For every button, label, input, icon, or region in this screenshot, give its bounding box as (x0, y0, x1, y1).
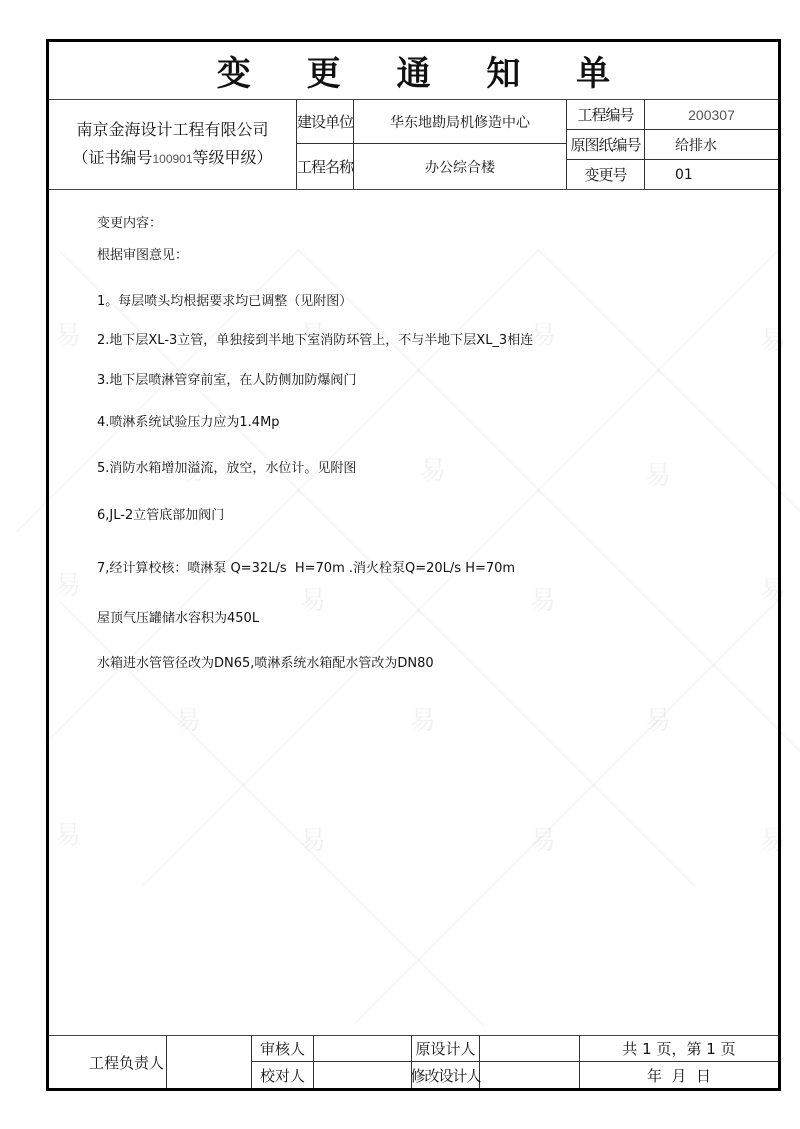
client-label: 建设单位 (297, 100, 353, 143)
change-item: 1。每层喷头均根据要求均已调整（见附图） (97, 290, 352, 309)
company-name: 南京金海设计工程有限公司 (76, 116, 268, 144)
cert-number: 100901 (152, 152, 192, 166)
change-item: 屋顶气压罐储水容积为450L (97, 607, 259, 626)
project-leader-label: 工程负责人 (49, 1036, 166, 1088)
project-no-label: 工程编号 (567, 100, 644, 129)
change-item: 7,经计算校核：喷淋泵 Q=32L/s H=70m .消火栓泵Q=20L/s H… (97, 557, 515, 576)
notice-form: 变 更 通 知 单 南京金海设计工程有限公司 （证书编号100901等级甲级） … (46, 39, 781, 1091)
change-item: 6,JL-2立管底部加阀门 (97, 504, 224, 523)
drawing-no-value: 给排水 (645, 130, 778, 159)
original-designer-signature (480, 1036, 579, 1061)
checker-signature (314, 1062, 411, 1088)
divider (49, 189, 778, 190)
page-count: 共 1 页，第 1 页 (580, 1036, 778, 1061)
change-no-label: 变更号 (567, 160, 644, 189)
original-designer-label: 原设计人 (412, 1036, 479, 1061)
change-item: 4.喷淋系统试验压力应为1.4Mp (97, 411, 280, 430)
cert-suffix: 等级甲级） (193, 148, 273, 167)
drawing-no-label: 原图纸编号 (567, 130, 644, 159)
change-item: 3.地下层喷淋管穿前室，在人防侧加防爆阀门 (97, 369, 356, 388)
revision-designer-label: 修改设计人 (412, 1062, 479, 1088)
reviewer-signature (314, 1036, 411, 1061)
company-cell: 南京金海设计工程有限公司 （证书编号100901等级甲级） (49, 100, 296, 189)
change-item: 5.消防水箱增加溢流，放空，水位计。见附图 (97, 457, 356, 476)
revision-designer-signature (480, 1062, 579, 1088)
change-item: 2.地下层XL-3立管，单独接到半地下室消防环管上，不与半地下层XL_3相连 (97, 329, 533, 348)
client-value: 华东地勘局机修造中心 (354, 100, 566, 143)
cert-prefix: （证书编号 (72, 148, 152, 167)
project-leader-signature (167, 1036, 251, 1088)
form-title: 变 更 通 知 单 (49, 42, 778, 99)
content-heading: 变更内容： (97, 212, 162, 231)
change-no-value: 01 (645, 160, 778, 189)
reviewer-label: 审核人 (252, 1036, 313, 1061)
company-cert: （证书编号100901等级甲级） (72, 144, 272, 173)
checker-label: 校对人 (252, 1062, 313, 1088)
change-item: 水箱进水管管径改为DN65,喷淋系统水箱配水管改为DN80 (97, 652, 434, 671)
date-field: 年 月 日 (580, 1062, 778, 1088)
project-name-value: 办公综合楼 (354, 144, 566, 189)
content-intro: 根据审图意见： (97, 244, 188, 263)
project-name-label: 工程名称 (297, 144, 353, 189)
project-no-value: 200307 (645, 100, 778, 129)
